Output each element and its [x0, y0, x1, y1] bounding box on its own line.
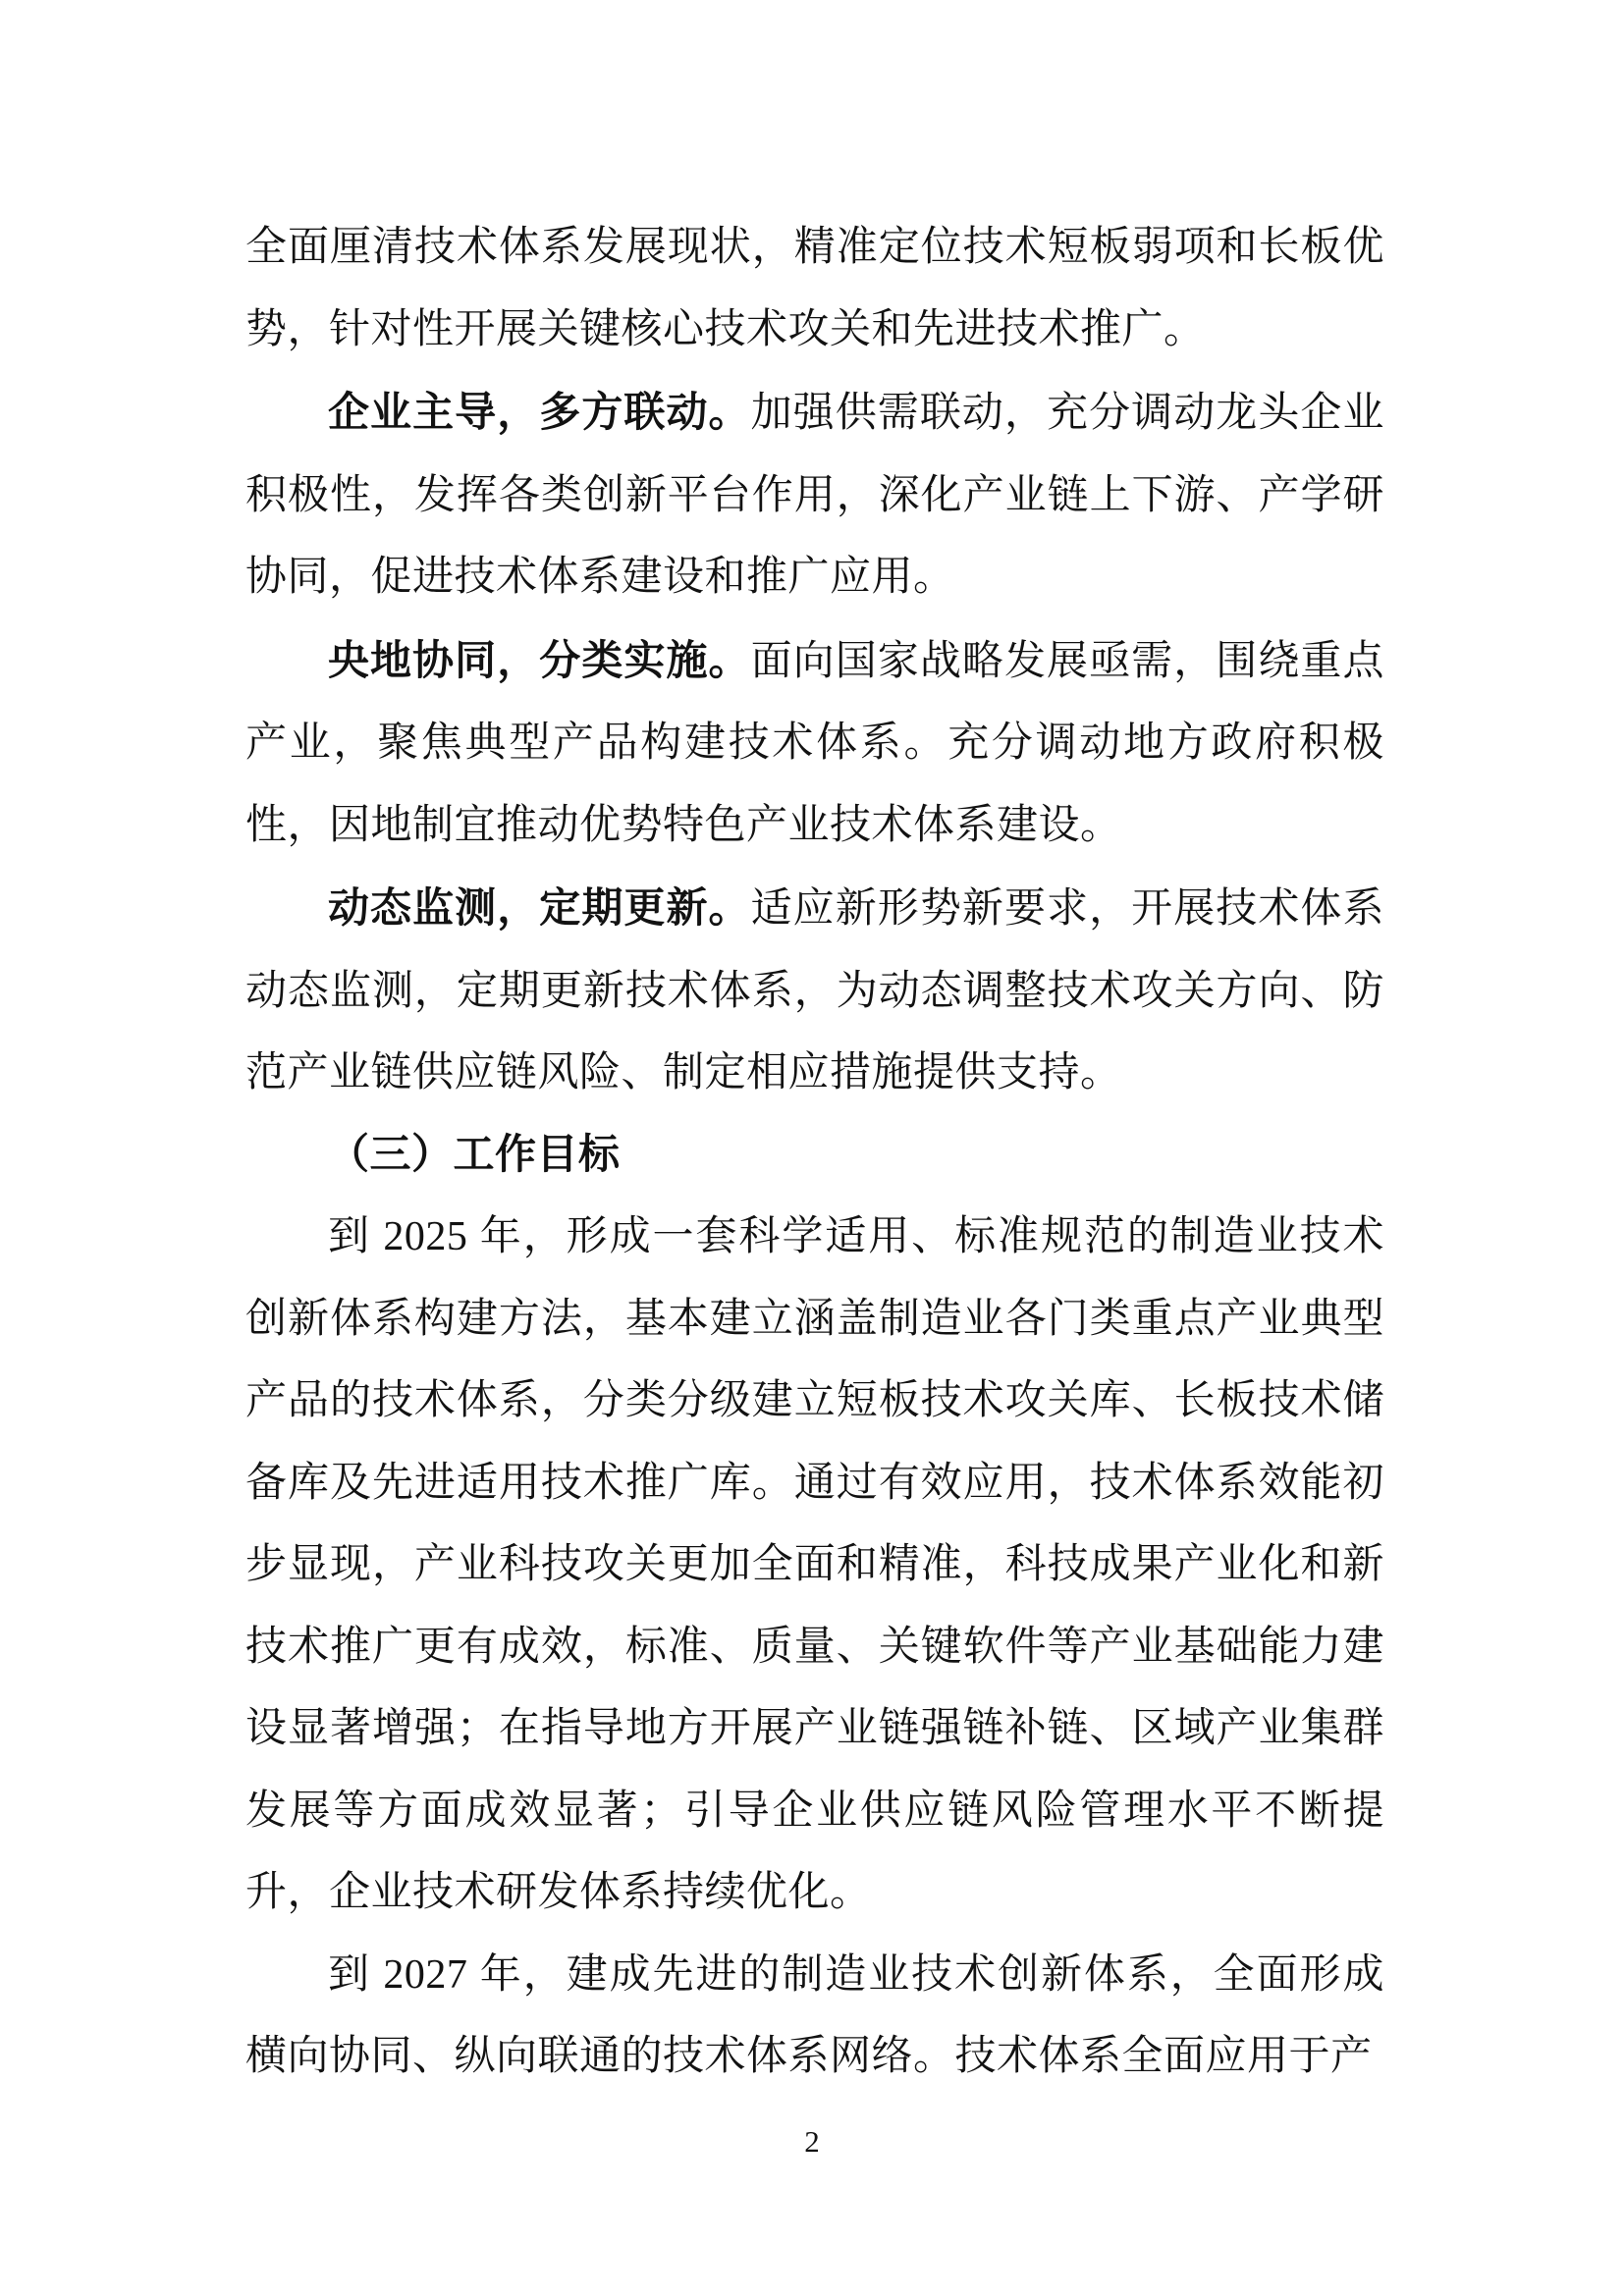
page-footer: 2: [0, 2126, 1624, 2157]
paragraph-continued: 全面厘清技术体系发展现状，精准定位技术短板弱项和长板优势，针对性开展关键核心技术…: [245, 207, 1384, 371]
paragraph-lead: 动态监测，定期更新。: [328, 884, 751, 931]
paragraph-text: 到 2025 年，形成一套科学适用、标准规范的制造业技术创新体系构建方法，基本建…: [245, 1214, 1384, 1915]
paragraph-lead: 央地协同，分类实施。: [328, 637, 751, 683]
paragraph-principle-enterprise: 企业主导，多方联动。加强供需联动，充分调动龙头企业积极性，发挥各类创新平台作用，…: [245, 371, 1384, 619]
document-body: 全面厘清技术体系发展现状，精准定位技术短板弱项和长板优势，针对性开展关键核心技术…: [245, 207, 1384, 2099]
section-heading-text: （三）工作目标: [328, 1133, 621, 1178]
paragraph-lead: 企业主导，多方联动。: [328, 389, 751, 435]
paragraph-principle-monitoring: 动态监测，定期更新。适应新形势新要求，开展技术体系动态监测，定期更新技术体系，为…: [245, 867, 1384, 1115]
page-number: 2: [804, 2124, 820, 2159]
paragraph-goal-2027: 到 2027 年，建成先进的制造业技术创新体系，全面形成横向协同、纵向联通的技术…: [245, 1935, 1384, 2099]
paragraph-goal-2025: 到 2025 年，形成一套科学适用、标准规范的制造业技术创新体系构建方法，基本建…: [245, 1197, 1384, 1935]
paragraph-text: 全面厘清技术体系发展现状，精准定位技术短板弱项和长板优势，针对性开展关键核心技术…: [245, 225, 1384, 352]
section-heading-work-goals: （三）工作目标: [245, 1115, 1384, 1198]
paragraph-principle-central-local: 央地协同，分类实施。面向国家战略发展亟需，围绕重点产业，聚焦典型产品构建技术体系…: [245, 619, 1384, 868]
paragraph-text: 到 2027 年，建成先进的制造业技术创新体系，全面形成横向协同、纵向联通的技术…: [245, 1952, 1384, 2080]
document-page: 全面厘清技术体系发展现状，精准定位技术短板弱项和长板优势，针对性开展关键核心技术…: [0, 0, 1624, 2296]
